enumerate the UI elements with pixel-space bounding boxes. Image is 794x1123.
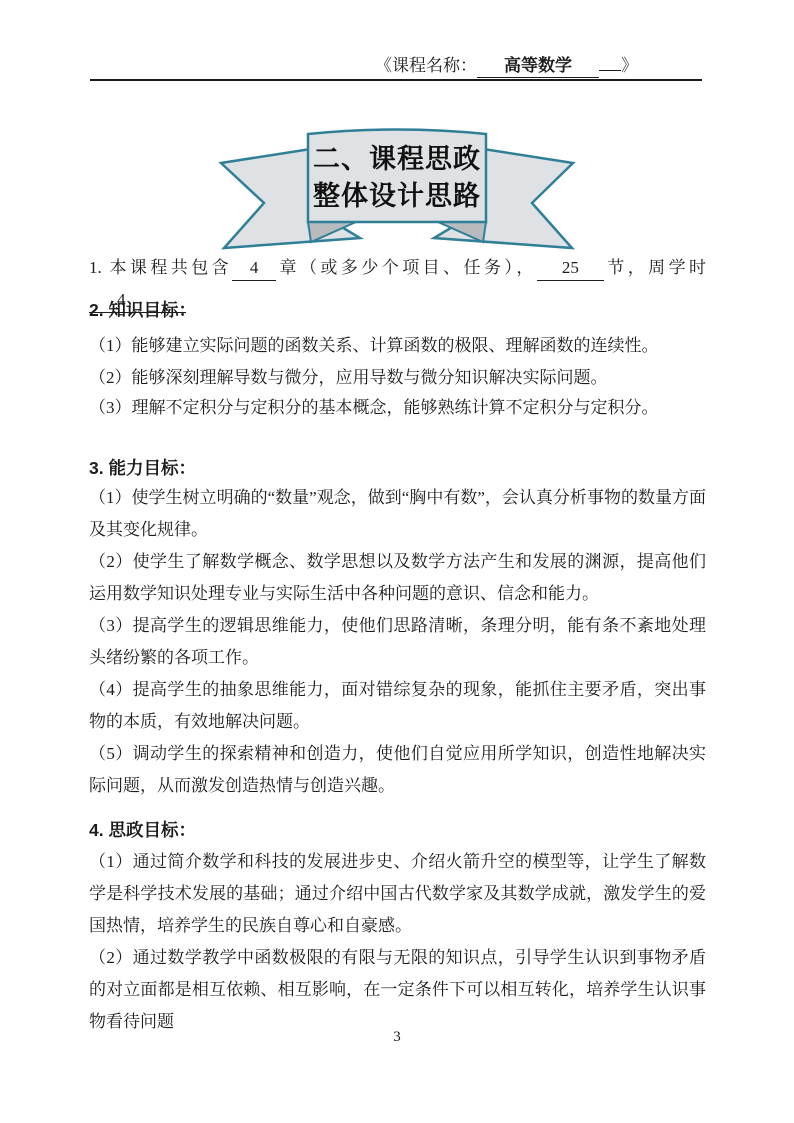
intro-text-pre: 1. 本课程共包含 xyxy=(89,258,232,277)
banner-title-line2: 整体设计思路 xyxy=(313,178,481,215)
banner-title-line1: 二、课程思政 xyxy=(313,141,481,178)
page-number: 3 xyxy=(0,1027,794,1047)
knowledge-item-3: （3）理解不定积分与定积分的基本概念，能够熟练计算不定积分与定积分。 xyxy=(89,392,706,424)
header-divider-line xyxy=(90,79,702,81)
ability-item-1: （1）使学生树立明确的“数量”观念，做到“胸中有数”，会认真分析事物的数量方面及… xyxy=(89,482,706,546)
ability-item-5: （5）调动学生的探索精神和创造力，使他们自觉应用所学知识，创造性地解决实际问题，… xyxy=(89,738,706,802)
section-knowledge-heading: 2. 知识目标： xyxy=(89,294,706,326)
course-name-suffix: 》 xyxy=(621,56,638,75)
document-header: 《课程名称：高等数学》 xyxy=(375,55,638,78)
section-ability-heading: 3. 能力目标： xyxy=(89,452,706,484)
blank-underline xyxy=(599,70,621,71)
knowledge-item-1: （1）能够建立实际问题的函数关系、计算函数的极限、理解函数的连续性。 xyxy=(89,330,706,362)
ability-item-2: （2）使学生了解数学概念、数学思想以及数学方法产生和发展的渊源，提高他们运用数学… xyxy=(89,546,706,610)
course-name-value: 高等数学 xyxy=(477,55,599,78)
banner-title: 二、课程思政 整体设计思路 xyxy=(308,134,486,222)
section-ideology-heading: 4. 思政目标： xyxy=(89,814,706,846)
document-page: 《课程名称：高等数学》 二、课程思政 整体设计思路 1. 本课程共包含4章（或多… xyxy=(0,0,794,1123)
ideology-item-1: （1）通过简介数学和科技的发展进步史、介绍火箭升空的模型等，让学生了解数学是科学… xyxy=(89,846,706,942)
blank-section-count: 25 xyxy=(537,256,604,281)
course-name-label: 《课程名称： xyxy=(375,56,477,75)
knowledge-item-2: （2）能够深刻理解导数与微分，应用导数与微分知识解决实际问题。 xyxy=(89,362,706,394)
ability-item-4: （4）提高学生的抽象思维能力，面对错综复杂的现象，能抓住主要矛盾，突出事物的本质… xyxy=(89,674,706,738)
blank-chapter-count: 4 xyxy=(232,256,276,281)
ability-item-3: （3）提高学生的逻辑思维能力，使他们思路清晰，条理分明，能有条不紊地处理头绪纷繁… xyxy=(89,610,706,674)
intro-text-mid1: 章（或多少个项目、任务）， xyxy=(276,258,537,277)
ribbon-banner: 二、课程思政 整体设计思路 xyxy=(211,118,583,260)
intro-text-mid2: 节，周学时 xyxy=(604,258,706,277)
ideology-item-2: （2）通过数学教学中函数极限的有限与无限的知识点，引导学生认识到事物矛盾的对立面… xyxy=(89,942,706,1038)
